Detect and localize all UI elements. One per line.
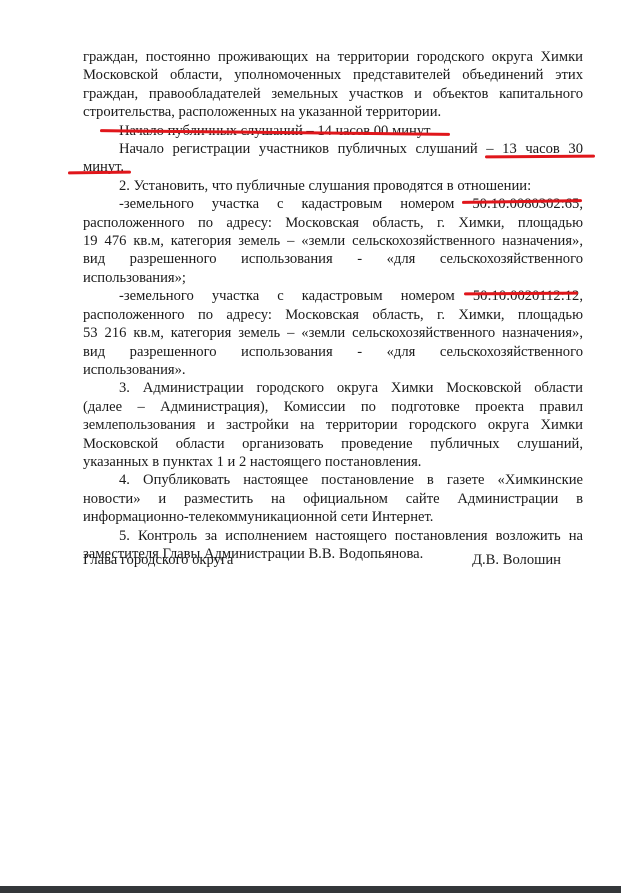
text-line: землепользования и застройки на территор… bbox=[83, 416, 583, 434]
text-line: 5. Контроль за исполнением настоящего по… bbox=[83, 527, 583, 545]
text-line: -земельного участка с кадастровым номеро… bbox=[83, 287, 583, 305]
text-line: вид разрешенного использования - «для се… bbox=[83, 250, 583, 268]
signatory-name: Д.В. Волошин bbox=[472, 551, 561, 569]
text-line: -земельного участка с кадастровым номеро… bbox=[83, 195, 583, 213]
text-line: использования»; bbox=[83, 269, 583, 287]
text-line: использования». bbox=[83, 361, 583, 379]
text-line: минут. bbox=[83, 158, 583, 176]
land-plot-2: -земельного участка с кадастровым номеро… bbox=[83, 287, 583, 379]
text-line: граждан, правообладателей земельных учас… bbox=[83, 85, 583, 103]
item-2-intro: 2. Установить, что публичные слушания пр… bbox=[83, 177, 583, 195]
text-line: указанных в пунктах 1 и 2 настоящего пос… bbox=[83, 453, 583, 471]
paragraph-1-continuation: граждан, постоянно проживающих на террит… bbox=[83, 48, 583, 122]
item-3: 3. Администрации городского округа Химки… bbox=[83, 379, 583, 471]
signatory-position: Глава городского округа bbox=[83, 551, 233, 569]
item-4: 4. Опубликовать настоящее постановление … bbox=[83, 471, 583, 526]
land-plot-1: -земельного участка с кадастровым номеро… bbox=[83, 195, 583, 287]
registration-start-time: Начало регистрации участников публичных … bbox=[83, 140, 583, 177]
text-line: 53 216 кв.м, категория земель – «земли с… bbox=[83, 324, 583, 342]
text-line: новости» и разместить на официальном сай… bbox=[83, 490, 583, 508]
text-line: расположенного по адресу: Московская обл… bbox=[83, 214, 583, 232]
text-line: расположенного по адресу: Московская обл… bbox=[83, 306, 583, 324]
text-line: информационно-телекоммуникационной сети … bbox=[83, 508, 583, 526]
document-body: граждан, постоянно проживающих на террит… bbox=[83, 48, 583, 563]
signature-block: Глава городского округа Д.В. Волошин bbox=[83, 551, 561, 569]
text-line: строительства, расположенных на указанно… bbox=[83, 103, 583, 121]
window-bottom-edge bbox=[0, 886, 621, 893]
text-line: 19 476 кв.м, категория земель – «земли с… bbox=[83, 232, 583, 250]
text-line: граждан, постоянно проживающих на террит… bbox=[83, 48, 583, 66]
text-line: 2. Установить, что публичные слушания пр… bbox=[83, 177, 583, 195]
text-line: вид разрешенного использования - «для се… bbox=[83, 343, 583, 361]
text-line: 4. Опубликовать настоящее постановление … bbox=[83, 471, 583, 489]
text-line: (далее – Администрация), Комиссии по под… bbox=[83, 398, 583, 416]
document-page: граждан, постоянно проживающих на террит… bbox=[0, 0, 621, 886]
text-line: 3. Администрации городского округа Химки… bbox=[83, 379, 583, 397]
text-line: Московской области организовать проведен… bbox=[83, 435, 583, 453]
text-line: Московской области, уполномоченных предс… bbox=[83, 66, 583, 84]
